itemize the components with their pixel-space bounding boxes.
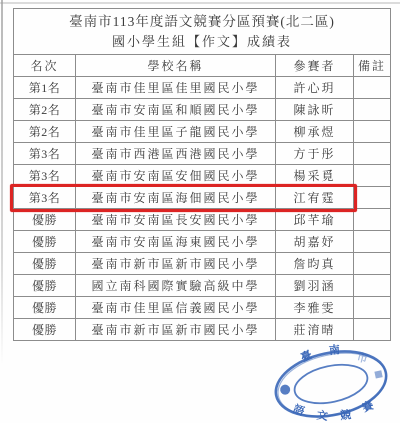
cell-part: 方于彤 (276, 143, 354, 165)
cell-rank: 第2名 (14, 99, 76, 121)
cell-rank: 優勝 (14, 231, 76, 253)
cell-school: 臺南市安南區海佃國民小學 (76, 187, 276, 209)
table-row: 第2名臺南市佳里區子龍國民小學柳承煜 (14, 121, 391, 143)
table-row: 優勝臺南市佳里區信義國民小學李雅雯 (14, 297, 391, 319)
stamp-emblem-icon (279, 384, 291, 396)
cell-part: 江宥霆 (276, 187, 354, 209)
table-row: 優勝臺南市安南區海東國民小學胡嘉妤 (14, 231, 391, 253)
results-table: 臺南市113年度語文競賽分區預賽(北二區) 國小學生組【作文】成績表 名次 學校… (13, 8, 391, 341)
table-row: 第1名臺南市佳里區佳里國民小學許心玥 (14, 77, 391, 99)
cell-rank: 第3名 (14, 143, 76, 165)
table-row: 優勝臺南市新市區新市國民小學莊淯晴 (14, 319, 391, 341)
cell-part: 李雅雯 (276, 297, 354, 319)
table-header-row: 名次 學校名稱 參賽者 備註 (14, 55, 391, 77)
cell-remark (354, 143, 391, 165)
cell-remark (354, 165, 391, 187)
table-row: 第3名臺南市安南區海佃國民小學江宥霆 (14, 187, 391, 209)
official-stamp: 臺 南 市 語 文 競 賽 (268, 344, 394, 423)
cell-part: 楊采覓 (276, 165, 354, 187)
scan-edge-top (0, 2, 400, 4)
cell-rank: 優勝 (14, 209, 76, 231)
cell-part: 許心玥 (276, 77, 354, 99)
cell-rank: 第2名 (14, 121, 76, 143)
cell-rank: 第1名 (14, 77, 76, 99)
header-rank: 名次 (14, 55, 76, 77)
header-participant: 參賽者 (276, 55, 354, 77)
table-row: 優勝臺南市安南區長安國民小學邱芊瑜 (14, 209, 391, 231)
cell-remark (354, 121, 391, 143)
cell-school: 臺南市安南區海東國民小學 (76, 231, 276, 253)
cell-part: 胡嘉妤 (276, 231, 354, 253)
cell-school: 臺南市西港區西港國民小學 (76, 143, 276, 165)
cell-part: 陳詠昕 (276, 99, 354, 121)
cell-remark (354, 187, 391, 209)
table-row: 優勝臺南市新市區新市國民小學詹昀真 (14, 253, 391, 275)
cell-remark (354, 297, 391, 319)
cell-school: 臺南市安南區長安國民小學 (76, 209, 276, 231)
cell-rank: 優勝 (14, 275, 76, 297)
stamp-char: 文 (316, 408, 329, 423)
title-row: 臺南市113年度語文競賽分區預賽(北二區) 國小學生組【作文】成績表 (14, 9, 391, 55)
stamp-char: 賽 (360, 397, 376, 414)
document-title-line1: 臺南市113年度語文競賽分區預賽(北二區) (16, 12, 388, 32)
cell-school: 國立南科國際實驗高級中學 (76, 275, 276, 297)
table-row: 第3名臺南市安南區安佃國民小學楊采覓 (14, 165, 391, 187)
header-school: 學校名稱 (76, 55, 276, 77)
cell-remark (354, 77, 391, 99)
cell-rank: 優勝 (14, 253, 76, 275)
cell-remark (354, 209, 391, 231)
table-row: 優勝國立南科國際實驗高級中學劉羽涵 (14, 275, 391, 297)
table-row: 第2名臺南市安南區和順國民小學陳詠昕 (14, 99, 391, 121)
cell-school: 臺南市佳里區子龍國民小學 (76, 121, 276, 143)
cell-rank: 第3名 (14, 165, 76, 187)
cell-school: 臺南市佳里區佳里國民小學 (76, 77, 276, 99)
cell-school: 臺南市新市區新市國民小學 (76, 253, 276, 275)
stamp-char: 市 (355, 349, 369, 365)
cell-part: 劉羽涵 (276, 275, 354, 297)
document-title-cell: 臺南市113年度語文競賽分區預賽(北二區) 國小學生組【作文】成績表 (14, 9, 391, 55)
cell-school: 臺南市安南區安佃國民小學 (76, 165, 276, 187)
cell-part: 柳承煜 (276, 121, 354, 143)
cell-part: 詹昀真 (276, 253, 354, 275)
document-title-line2: 國小學生組【作文】成績表 (16, 33, 388, 51)
cell-rank: 優勝 (14, 319, 76, 341)
stamp-side-mark-icon (374, 370, 382, 378)
cell-remark (354, 99, 391, 121)
cell-rank: 第3名 (14, 187, 76, 209)
cell-remark (354, 231, 391, 253)
table-row: 第3名臺南市西港區西港國民小學方于彤 (14, 143, 391, 165)
cell-school: 臺南市新市區新市國民小學 (76, 319, 276, 341)
cell-school: 臺南市安南區和順國民小學 (76, 99, 276, 121)
cell-school: 臺南市佳里區信義國民小學 (76, 297, 276, 319)
cell-remark (354, 275, 391, 297)
scan-edge-left (1, 0, 3, 365)
cell-remark (354, 319, 391, 341)
header-remark: 備註 (354, 55, 391, 77)
cell-remark (354, 253, 391, 275)
stamp-char: 南 (328, 344, 340, 357)
scanned-results-document: 臺南市113年度語文競賽分區預賽(北二區) 國小學生組【作文】成績表 名次 學校… (0, 0, 400, 423)
cell-rank: 優勝 (14, 297, 76, 319)
cell-part: 莊淯晴 (276, 319, 354, 341)
cell-part: 邱芊瑜 (276, 209, 354, 231)
stamp-char: 競 (339, 407, 351, 422)
